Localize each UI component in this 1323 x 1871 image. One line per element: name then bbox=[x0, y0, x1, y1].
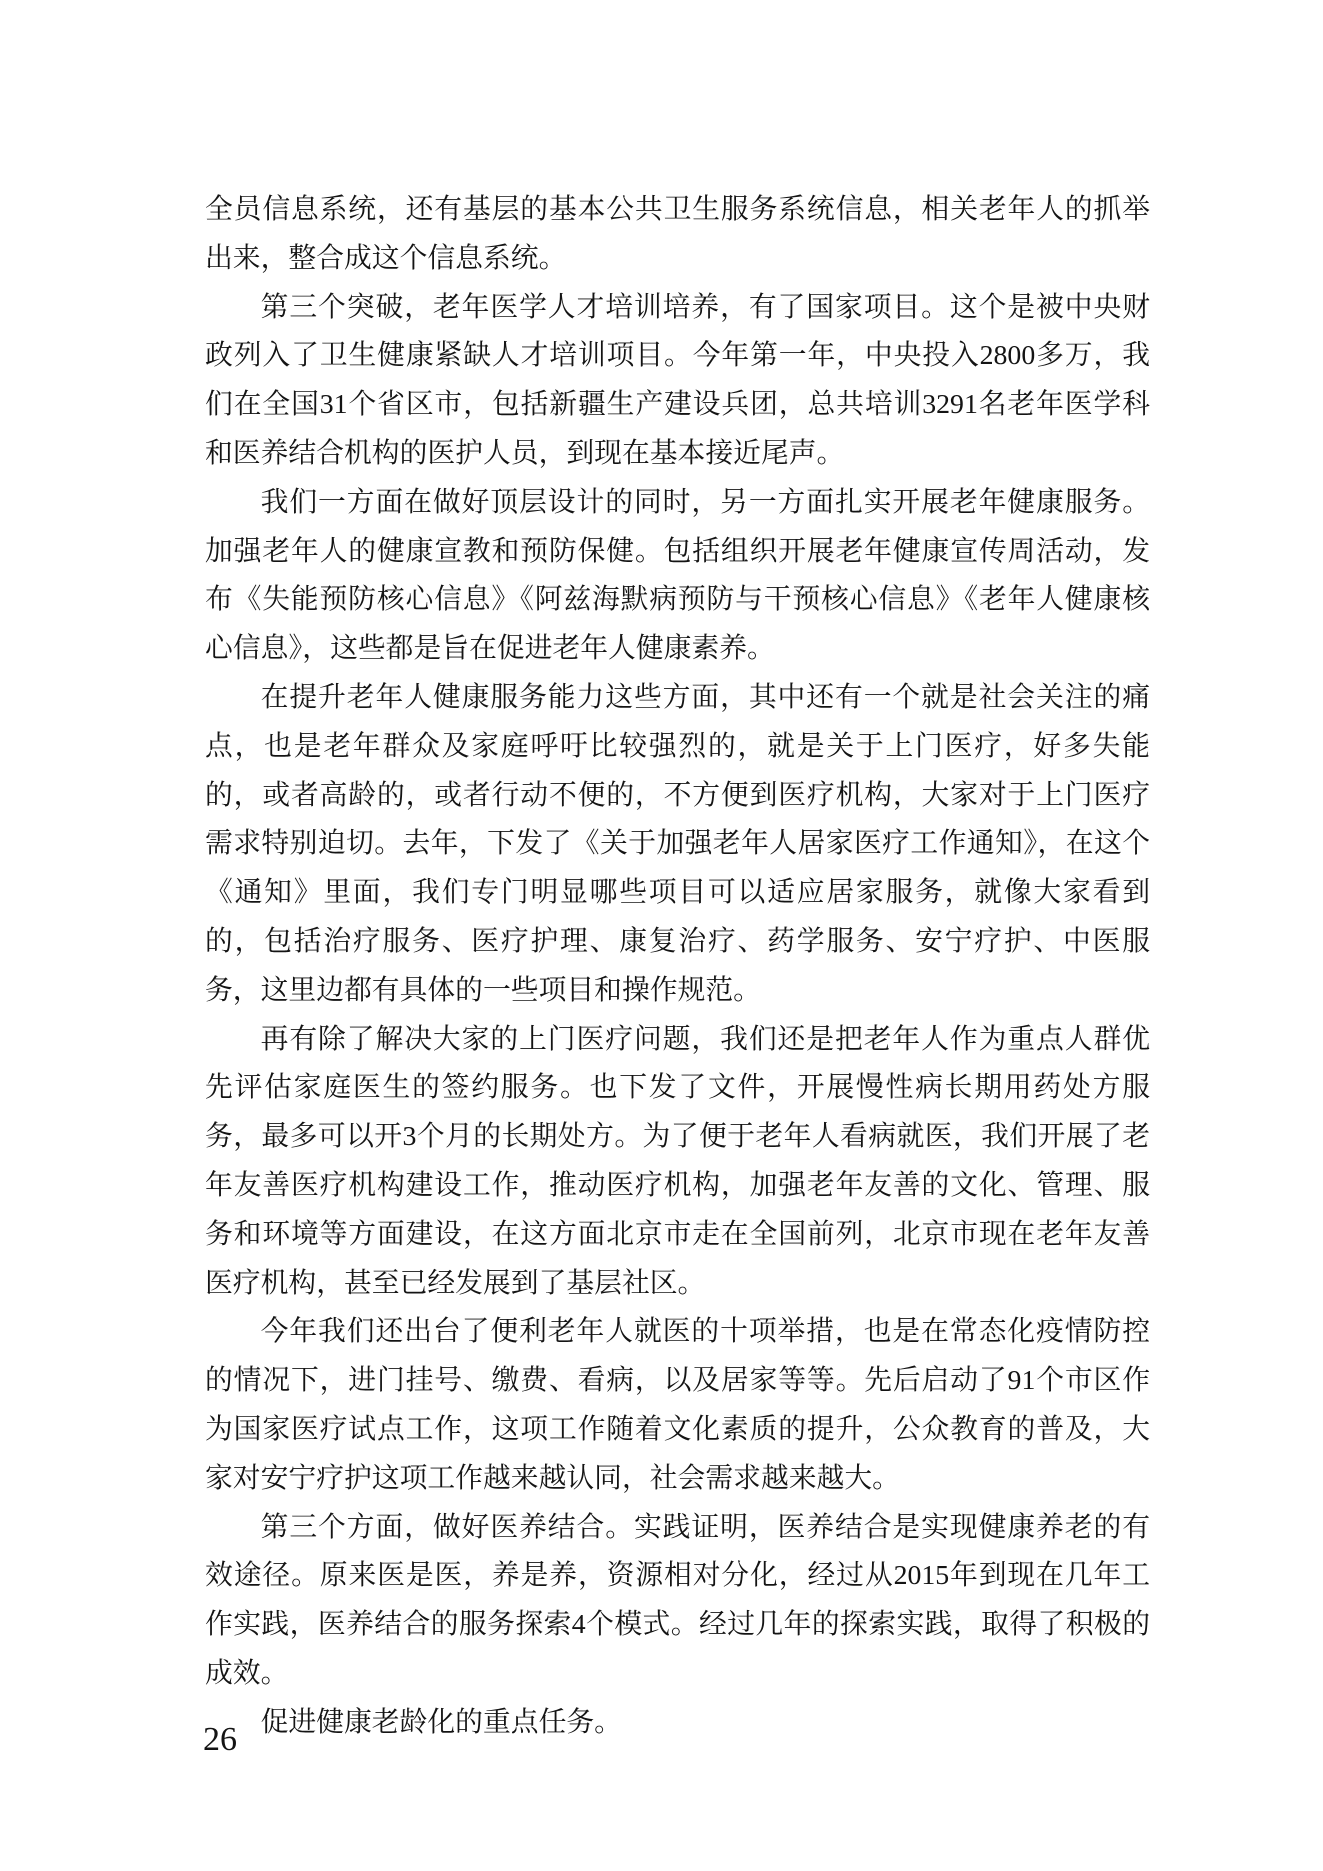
document-page: 全员信息系统，还有基层的基本公共卫生服务系统信息，相关老年人的抓举出来，整合成这… bbox=[0, 0, 1323, 1871]
paragraph-8: 促进健康老龄化的重点任务。 bbox=[205, 1699, 1150, 1748]
paragraph-4: 在提升老年人健康服务能力这些方面，其中还有一个就是社会关注的痛点，也是老年群众及… bbox=[205, 674, 1150, 1016]
document-body: 全员信息系统，还有基层的基本公共卫生服务系统信息，相关老年人的抓举出来，整合成这… bbox=[205, 186, 1150, 1748]
paragraph-1: 全员信息系统，还有基层的基本公共卫生服务系统信息，相关老年人的抓举出来，整合成这… bbox=[205, 186, 1150, 284]
paragraph-6: 今年我们还出台了便利老年人就医的十项举措，也是在常态化疫情防控的情况下，进门挂号… bbox=[205, 1308, 1150, 1503]
paragraph-3: 我们一方面在做好顶层设计的同时，另一方面扎实开展老年健康服务。加强老年人的健康宣… bbox=[205, 479, 1150, 674]
page-number: 26 bbox=[203, 1718, 237, 1762]
paragraph-7: 第三个方面，做好医养结合。实践证明，医养结合是实现健康养老的有效途径。原来医是医… bbox=[205, 1504, 1150, 1699]
paragraph-5: 再有除了解决大家的上门医疗问题，我们还是把老年人作为重点人群优先评估家庭医生的签… bbox=[205, 1016, 1150, 1309]
paragraph-2: 第三个突破，老年医学人才培训培养，有了国家项目。这个是被中央财政列入了卫生健康紧… bbox=[205, 284, 1150, 479]
